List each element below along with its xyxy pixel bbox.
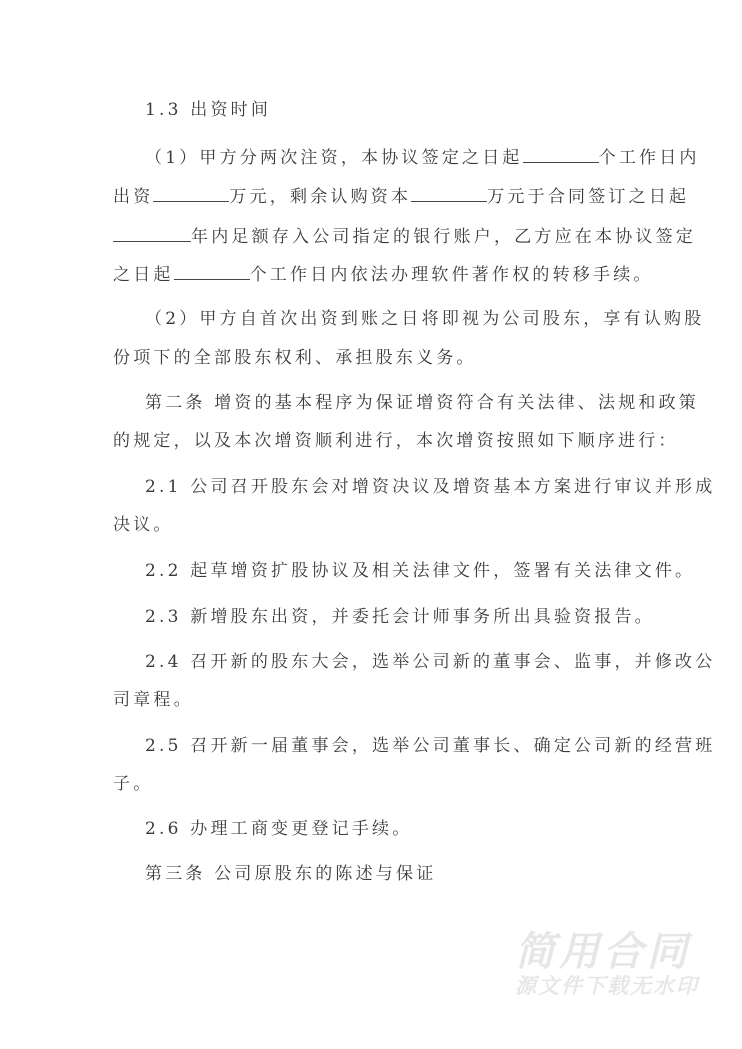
step-2-5-line1: 2.5 召开新一届董事会，选举公司董事长、确定公司新的经营班 (145, 735, 665, 757)
section-heading-1-3: 1.3 出资时间 (145, 99, 665, 121)
text-segment: 万元，剩余认购资本 (229, 187, 411, 207)
paragraph-item1-line2: 出资万元，剩余认购资本万元于合同签订之日起 (113, 185, 633, 208)
watermark-title: 简用合同 (515, 920, 691, 977)
text-segment: （1）甲方分两次注资，本协议签定之日起 (145, 148, 523, 168)
fill-in-blank[interactable] (411, 185, 487, 202)
text-segment: 个工作日内 (599, 148, 700, 168)
text-segment: 年内足额存入公司指定的银行账户，乙方应在本协议签定 (191, 227, 696, 247)
fill-in-blank[interactable] (523, 146, 599, 163)
article-3-heading: 第三条 公司原股东的陈述与保证 (145, 863, 665, 885)
document-page: 1.3 出资时间 （1）甲方分两次注资，本协议签定之日起个工作日内 出资万元，剩… (0, 0, 742, 1049)
fill-in-blank[interactable] (174, 263, 250, 280)
text-segment: 万元于合同签订之日起 (487, 187, 689, 207)
step-2-4-line1: 2.4 召开新的股东大会，选举公司新的董事会、监事，并修改公 (145, 651, 665, 673)
paragraph-item1-line1: （1）甲方分两次注资，本协议签定之日起个工作日内 (145, 146, 665, 169)
article-2-line2: 的规定，以及本次增资顺利进行，本次增资按照如下顺序进行： (113, 430, 633, 452)
step-2-2: 2.2 起草增资扩股协议及相关法律文件，签署有关法律文件。 (145, 560, 665, 582)
step-2-3: 2.3 新增股东出资，并委托会计师事务所出具验资报告。 (145, 606, 665, 628)
article-2-line1: 第二条 增资的基本程序为保证增资符合有关法律、法规和政策 (145, 392, 665, 414)
fill-in-blank[interactable] (113, 225, 191, 242)
paragraph-item1-line4: 之日起个工作日内依法办理软件著作权的转移手续。 (113, 263, 633, 286)
step-2-1-line1: 2.1 公司召开股东会对增资决议及增资基本方案进行审议并形成 (145, 476, 665, 498)
step-2-5-line2: 子。 (113, 773, 633, 795)
watermark-subtitle: 源文件下载无水印 (515, 970, 699, 1000)
step-2-6: 2.6 办理工商变更登记手续。 (145, 818, 665, 840)
fill-in-blank[interactable] (153, 185, 229, 202)
step-2-4-line2: 司章程。 (113, 689, 633, 711)
text-segment: 个工作日内依法办理软件著作权的转移手续。 (250, 265, 654, 285)
paragraph-item2-line1: （2）甲方自首次出资到账之日将即视为公司股东，享有认购股 (145, 308, 665, 330)
paragraph-item1-line3: 年内足额存入公司指定的银行账户，乙方应在本协议签定 (113, 225, 633, 248)
text-segment: 出资 (113, 187, 153, 207)
step-2-1-line2: 决议。 (113, 514, 633, 536)
paragraph-item2-line2: 份项下的全部股东权利、承担股东义务。 (113, 347, 633, 369)
text-segment: 之日起 (113, 265, 174, 285)
